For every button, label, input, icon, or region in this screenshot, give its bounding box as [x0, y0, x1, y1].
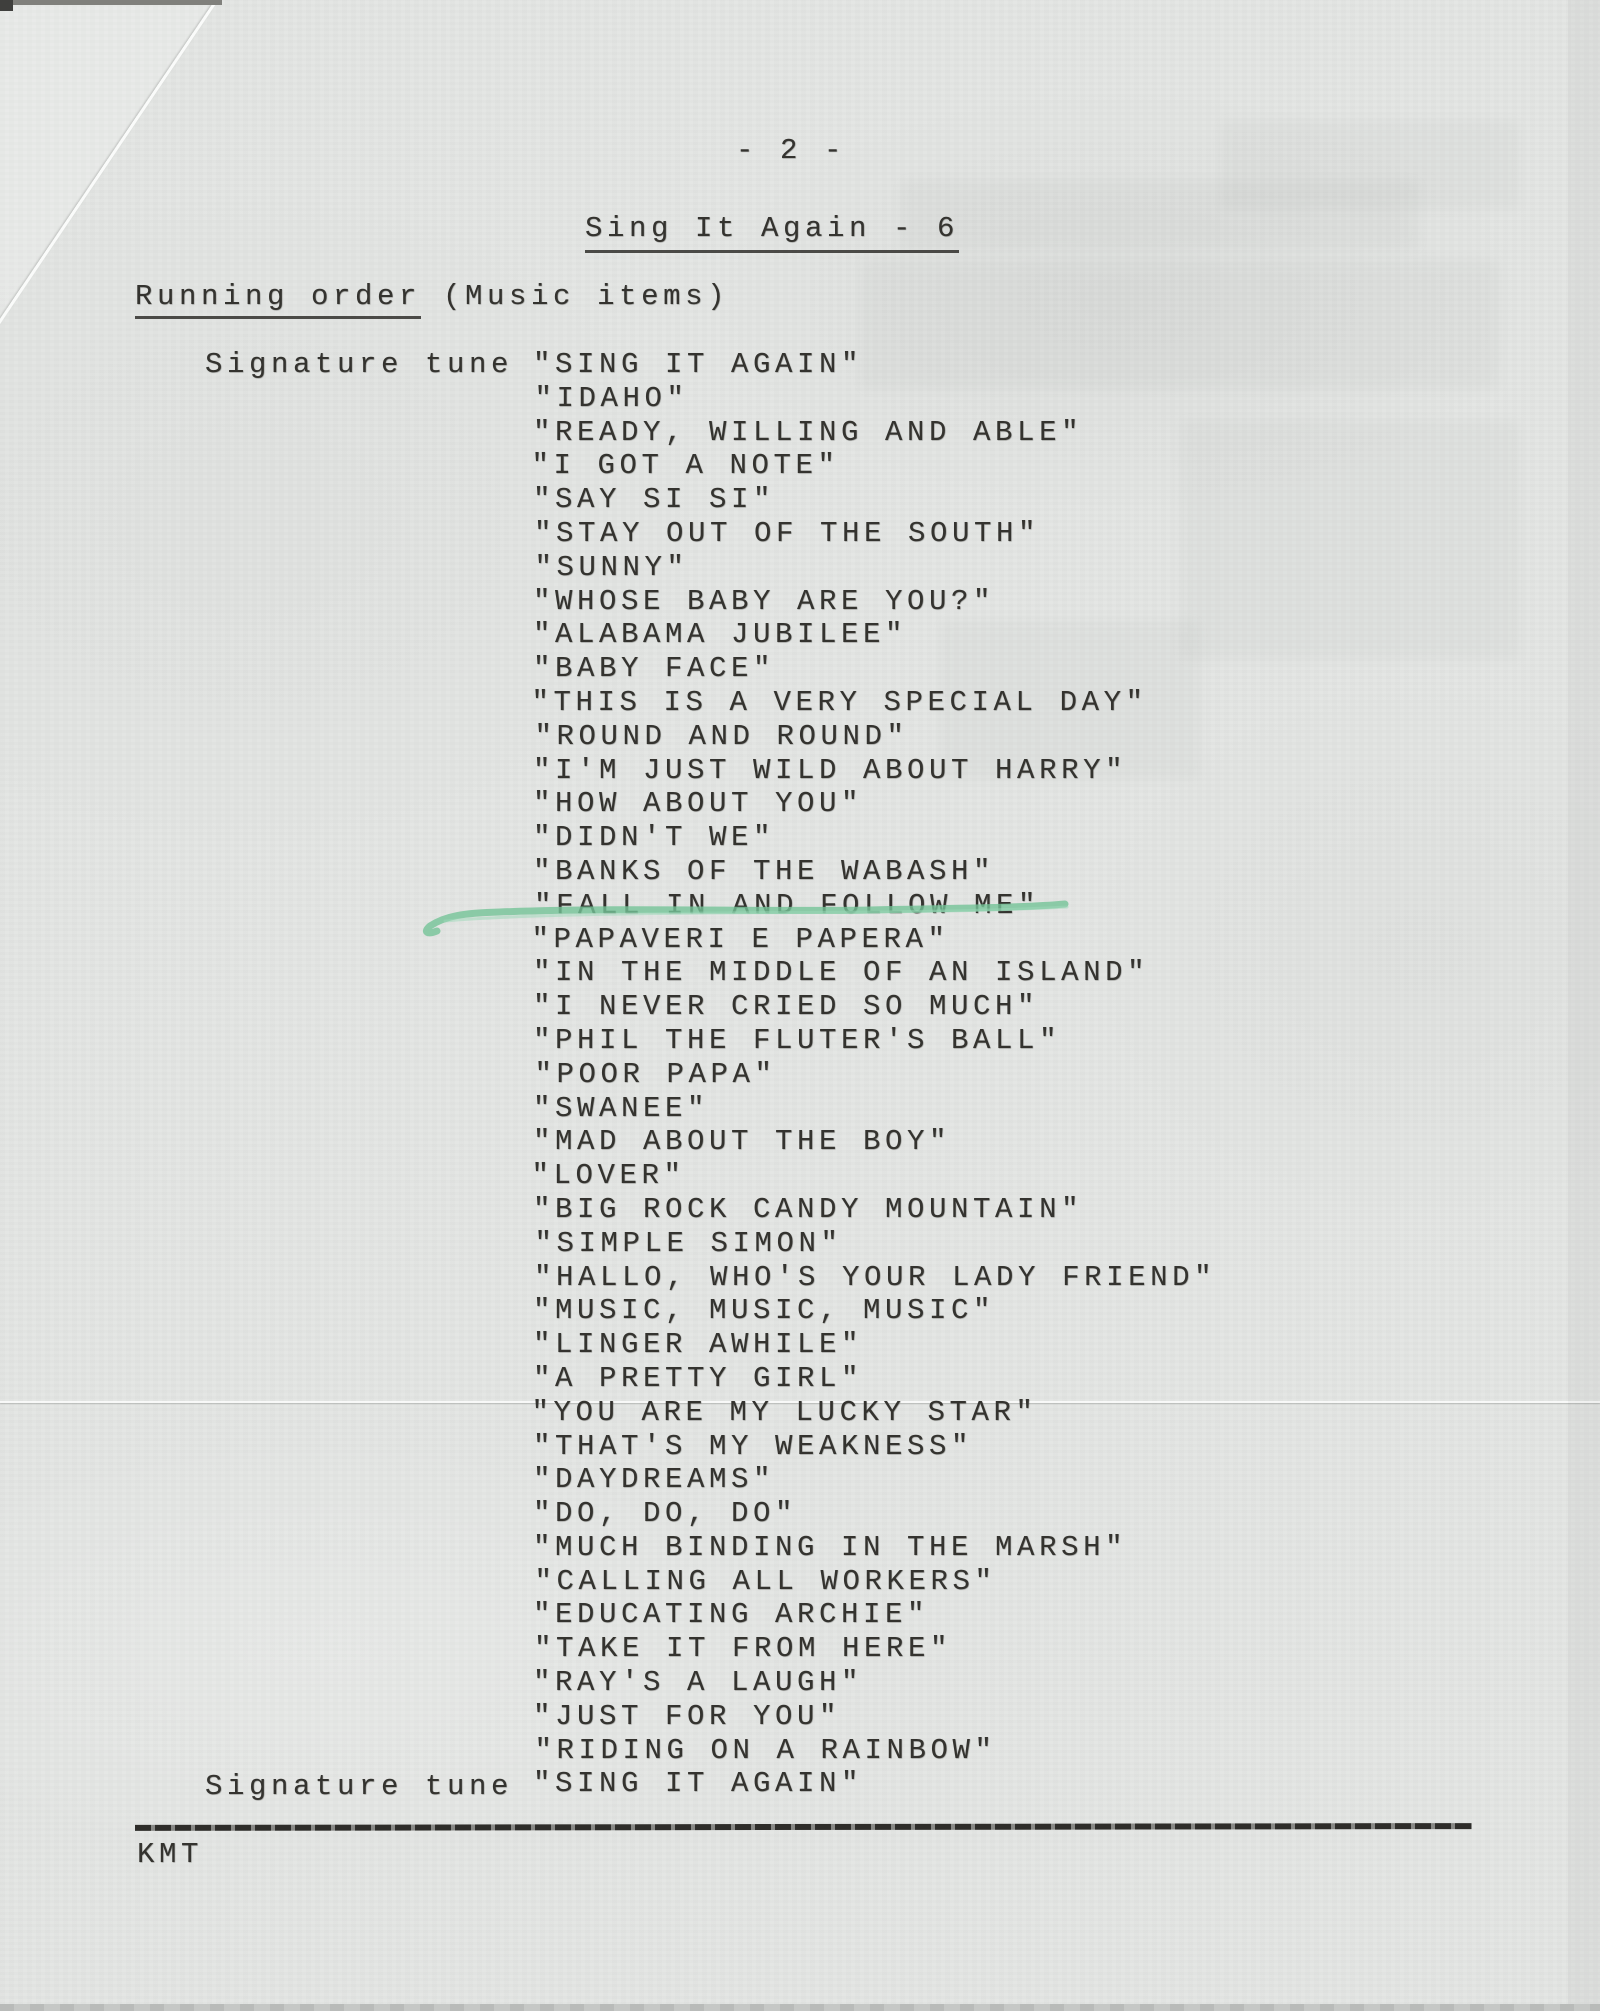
song-row: "HOW ABOUT YOU"	[533, 787, 1215, 821]
song-row: "WHOSE BABY ARE YOU?"	[533, 585, 1215, 619]
song-row: "ALABAMA JUBILEE"	[533, 618, 1215, 652]
song-row: "IDAHO"	[535, 382, 1217, 416]
song-row: "BIG ROCK CANDY MOUNTAIN"	[533, 1193, 1215, 1227]
song-row: "I NEVER CRIED SO MUCH"	[533, 990, 1215, 1024]
song-row: "CALLING ALL WORKERS"	[535, 1565, 1217, 1599]
scan-edge-bottom	[0, 2004, 1600, 2011]
song-row: "POOR PAPA"	[535, 1058, 1217, 1092]
song-row: "YOU ARE MY LUCKY STAR"	[532, 1396, 1214, 1430]
section-heading-label: Running order	[135, 280, 421, 319]
scan-edge-right	[1568, 0, 1600, 2011]
section-heading-note: (Music items)	[443, 280, 729, 313]
song-row: "MAD ABOUT THE BOY"	[533, 1125, 1215, 1159]
song-row: "RAY'S A LAUGH"	[533, 1666, 1215, 1700]
page-number: - 2 -	[736, 134, 846, 167]
ink-bleed-ghost	[1220, 120, 1520, 210]
song-list: "SING IT AGAIN""IDAHO""READY, WILLING AN…	[533, 348, 1215, 1801]
song-row: "SAY SI SI"	[533, 483, 1215, 517]
song-row: "BANKS OF THE WABASH"	[533, 855, 1215, 889]
section-heading: Running order(Music items)	[135, 280, 729, 313]
song-row: "EDUCATING ARCHIE"	[533, 1598, 1215, 1632]
song-row: "READY, WILLING AND ABLE"	[533, 416, 1215, 450]
divider-rule	[135, 1823, 1472, 1831]
song-row: "SING IT AGAIN"	[533, 348, 1215, 382]
document-title: Sing It Again - 6	[585, 212, 959, 253]
song-row: "IN THE MIDDLE OF AN ISLAND"	[533, 956, 1215, 990]
song-row: "BABY FACE"	[533, 652, 1215, 686]
ink-bleed-ghost	[1180, 420, 1520, 660]
song-row: "SIMPLE SIMON"	[535, 1227, 1217, 1261]
song-row: "LOVER"	[532, 1159, 1214, 1193]
song-row: "THIS IS A VERY SPECIAL DAY"	[532, 686, 1214, 720]
song-row: "I'M JUST WILD ABOUT HARRY"	[533, 754, 1215, 788]
song-row: "STAY OUT OF THE SOUTH"	[534, 517, 1216, 551]
song-row: "PHIL THE FLUTER'S BALL"	[533, 1024, 1215, 1058]
song-row: "A PRETTY GIRL"	[533, 1362, 1215, 1396]
song-row: "TAKE IT FROM HERE"	[534, 1632, 1216, 1666]
scanned-document-page: - 2 - Sing It Again - 6 Running order(Mu…	[0, 0, 1600, 2011]
song-row: "SUNNY"	[535, 551, 1217, 585]
song-row: "I GOT A NOTE"	[532, 449, 1214, 483]
song-row: "MUSIC, MUSIC, MUSIC"	[533, 1294, 1215, 1328]
song-row: "DIDN'T WE"	[533, 821, 1215, 855]
song-row: "LINGER AWHILE"	[533, 1328, 1215, 1362]
song-row: "ROUND AND ROUND"	[535, 720, 1217, 754]
song-row: "SWANEE"	[533, 1092, 1215, 1126]
signature-tune-label-top: Signature tune	[205, 348, 513, 382]
song-row: "THAT'S MY WEAKNESS"	[533, 1430, 1215, 1464]
ink-bleed-ghost	[900, 180, 1420, 250]
song-row: "RIDING ON A RAINBOW"	[535, 1734, 1217, 1768]
song-row: "SING IT AGAIN"	[533, 1767, 1215, 1801]
song-row: "DO, DO, DO"	[533, 1497, 1215, 1531]
scan-edge-top	[0, 0, 222, 5]
song-row: "JUST FOR YOU"	[533, 1700, 1215, 1734]
song-row: "FALL IN AND FOLLOW ME"	[534, 889, 1216, 923]
footer-initials: KMT	[137, 1838, 203, 1872]
song-row: "HALLO, WHO'S YOUR LADY FRIEND"	[534, 1261, 1216, 1295]
scan-corner-notch	[0, 0, 13, 11]
signature-tune-label-bottom: Signature tune	[205, 1770, 513, 1804]
song-row: "PAPAVERI E PAPERA"	[532, 923, 1214, 957]
song-row: "MUCH BINDING IN THE MARSH"	[533, 1531, 1215, 1565]
song-row: "DAYDREAMS"	[533, 1463, 1215, 1497]
